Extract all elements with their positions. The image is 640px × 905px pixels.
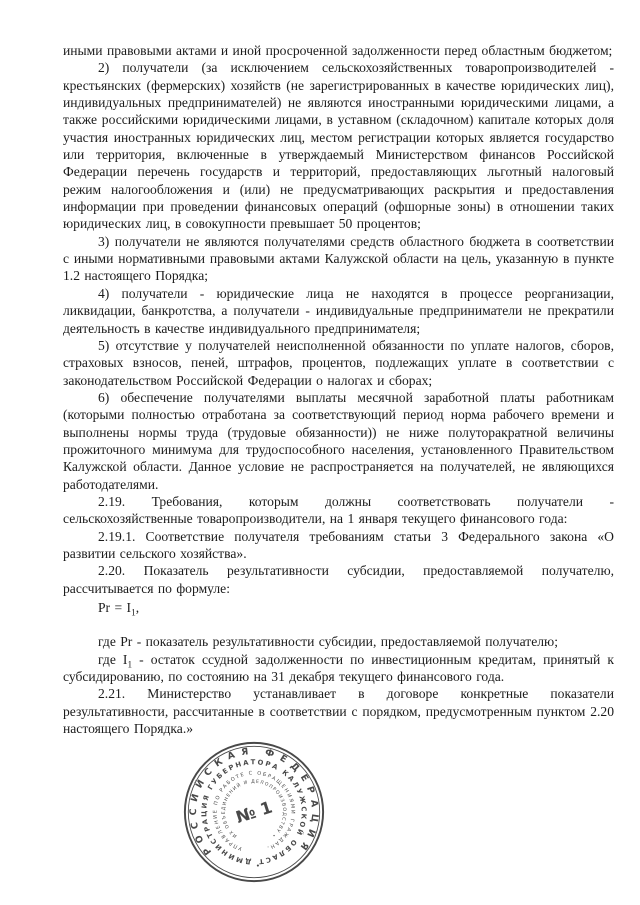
text-segment: 3) получатели не являются получателями с… <box>63 234 614 284</box>
text-segment: , <box>136 600 139 615</box>
paragraph-item-2: 2) получатели (за исключением сельскохоз… <box>63 59 614 232</box>
paragraph-2-20: 2.20. Показатель результативности субсид… <box>63 562 614 597</box>
stamp-dot <box>257 864 259 866</box>
text-segment: 5) отсутствие у получателей неисполненно… <box>63 338 614 388</box>
text-segment: 6) обеспечение получателями выплаты меся… <box>63 390 614 492</box>
paragraph-2-19-1: 2.19.1. Соответствие получателя требован… <box>63 528 614 563</box>
document-body: иными правовыми актами и иной просроченн… <box>63 42 614 737</box>
text-segment: 4) получатели - юридические лица не нахо… <box>63 286 614 336</box>
text-segment: где I <box>98 652 127 667</box>
stamp-number: № 1 <box>234 798 275 828</box>
paragraph-item-6: 6) обеспечение получателями выплаты меся… <box>63 389 614 493</box>
paragraph-item-5: 5) отсутствие у получателей неисполненно… <box>63 337 614 389</box>
text-segment: 2) получатели (за исключением сельскохоз… <box>63 60 614 231</box>
text-segment: 2.20. Показатель результативности субсид… <box>63 563 614 595</box>
text-segment: иными правовыми актами и иной просроченн… <box>63 43 612 58</box>
paragraph-where-pr: где Pr - показатель результативности суб… <box>63 633 614 650</box>
paragraph-item-3: 3) получатели не являются получателями с… <box>63 233 614 285</box>
paragraph-continuation: иными правовыми актами и иной просроченн… <box>63 42 614 59</box>
paragraph-item-4: 4) получатели - юридические лица не нахо… <box>63 285 614 337</box>
text-segment: 2.19. Требования, которым должны соответ… <box>63 494 614 526</box>
paragraph-where-i1: где I1 - остаток ссудной задолженности п… <box>63 651 614 686</box>
formula-pr: Pr = I1, <box>63 599 614 616</box>
text-segment: где Pr - показатель результативности суб… <box>98 634 558 649</box>
paragraph-2-21: 2.21. Министерство устанавливает в догов… <box>63 685 614 737</box>
text-segment: - остаток ссудной задолженности по инвес… <box>63 652 614 684</box>
text-segment: 2.21. Министерство устанавливает в догов… <box>63 686 614 736</box>
text-segment: Pr = I <box>98 600 131 615</box>
paragraph-2-19: 2.19. Требования, которым должны соответ… <box>63 493 614 528</box>
official-stamp: РОССИЙСКАЯ ФЕДЕРАЦИЯ АДМИНИСТРАЦИЯ ГУБЕР… <box>181 739 327 885</box>
document-page: иными правовыми актами и иной просроченн… <box>0 0 640 905</box>
text-segment: 2.19.1. Соответствие получателя требован… <box>63 529 614 561</box>
